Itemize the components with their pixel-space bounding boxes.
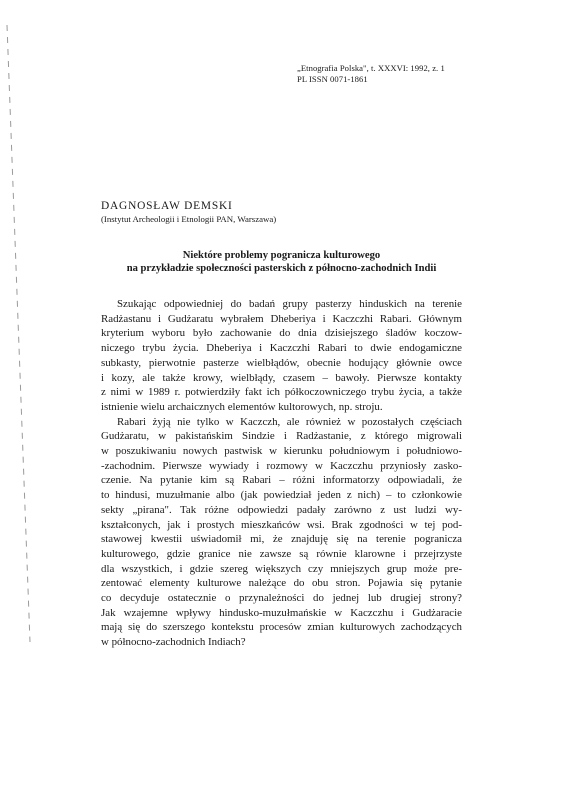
paragraph-1: Szukając odpowiedniej do badań grupy pas… (101, 297, 462, 415)
text-line: -zachodnim. Pierwsze wywiady i rozmowy w… (101, 459, 462, 474)
text-line: zentować elementy kulturowe należące do … (101, 576, 462, 591)
title-line-2: na przykładzie społeczności pasterskich … (101, 262, 462, 275)
text-line: Gudżaratu, w pakistańskim Sindzie i Radż… (101, 429, 462, 444)
author-name: DAGNOSŁAW DEMSKI (101, 200, 233, 213)
text-line: stawowej kwestii uświadomił mi, że znajd… (101, 532, 462, 547)
text-line: kulturowego, gdzie granice nie zawsze są… (101, 547, 462, 562)
text-line: kształconych, jak i prostych mieszkańców… (101, 518, 462, 533)
paragraph-2: Rabari żyją nie tylko w Kaczczh, ale rów… (101, 415, 462, 650)
text-line: w północno-zachodnich Indiach? (101, 635, 462, 650)
title-line-1: Niektóre problemy pogranicza kulturowego (101, 249, 462, 262)
text-line: mają się do szerszego kontekstu procesów… (101, 620, 462, 635)
journal-reference: „Etnografia Polska", t. XXXVI: 1992, z. … (297, 63, 445, 85)
text-line: niczego trybu życia. Dheberiya i Kaczczh… (101, 341, 462, 356)
text-line: Jak wzajemne wpływy hindusko-muzułmański… (101, 606, 462, 621)
article-body: Szukając odpowiedniej do badań grupy pas… (101, 297, 462, 650)
text-line: subkasty, pierwotnie pasterze wielbłądów… (101, 356, 462, 371)
text-line: kryterium wyboru było zachowanie do dnia… (101, 326, 462, 341)
journal-citation: „Etnografia Polska", t. XXXVI: 1992, z. … (297, 63, 445, 74)
text-line: z nimi w 1989 r. potwierdziły fakt ich p… (101, 385, 462, 400)
scan-binding-edge (0, 0, 40, 800)
text-line: czenie. Na pytanie kim są Rabari – różni… (101, 473, 462, 488)
text-line: co decyduje ostatecznie o przynależności… (101, 591, 462, 606)
text-line: to hindusi, muzułmanie albo (jak powiedz… (101, 488, 462, 503)
article-title: Niektóre problemy pogranicza kulturowego… (101, 249, 462, 275)
text-line: Rabari żyją nie tylko w Kaczczh, ale rów… (101, 415, 462, 430)
journal-issn: PL ISSN 0071-1861 (297, 74, 445, 85)
text-line: dla wszystkich, i gdzie szereg większych… (101, 562, 462, 577)
text-line: sekty „pirana". Tak różne odpowiedzi pad… (101, 503, 462, 518)
text-line: Szukając odpowiedniej do badań grupy pas… (101, 297, 462, 312)
dashed-binding-line (0, 0, 40, 800)
text-line: i kozy, ale także krowy, wielbłądy, czas… (101, 371, 462, 386)
text-line: w poszukiwaniu nowych pastwisk w kierunk… (101, 444, 462, 459)
author-affiliation: (Instytut Archeologii i Etnologii PAN, W… (101, 214, 276, 225)
text-line: Radżastanu i Gudżaratu wybrałem Dheberiy… (101, 312, 462, 327)
text-line: istnienie wielu archaicznych elementów k… (101, 400, 462, 415)
